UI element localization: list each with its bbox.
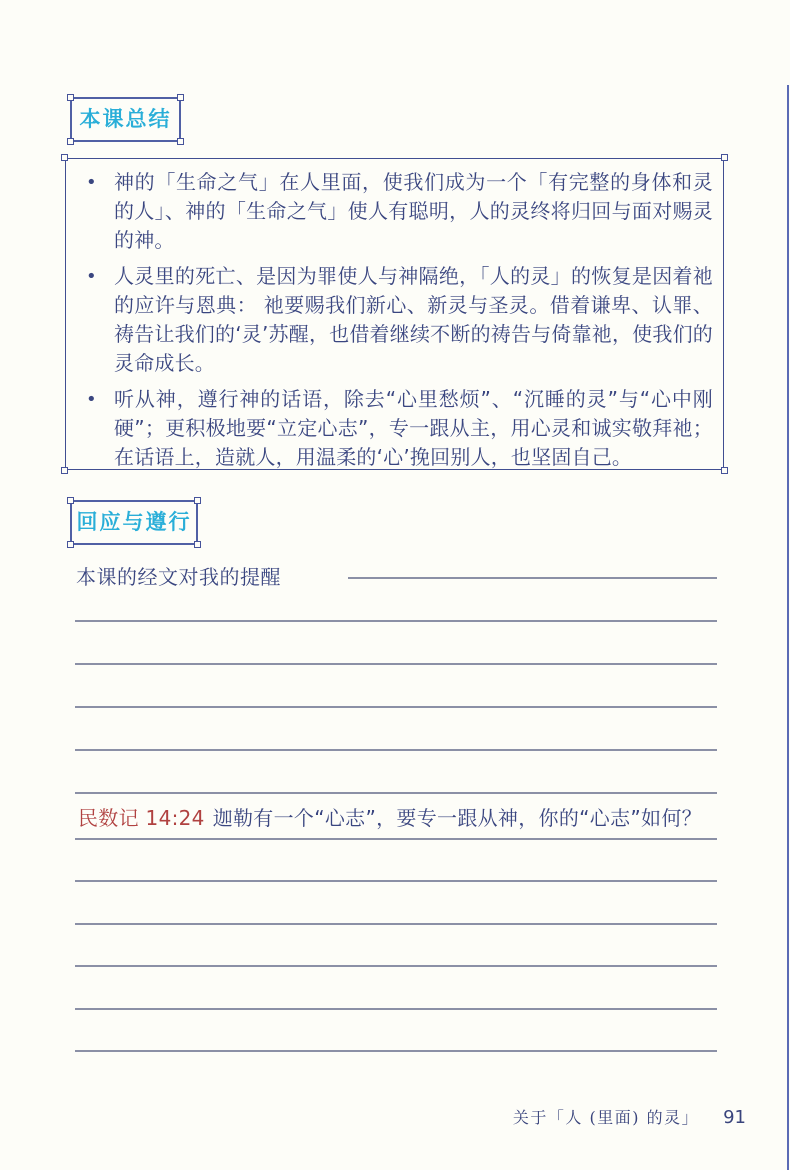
section-badge-summary: 本课总结: [70, 97, 181, 142]
summary-bullet-2: • 人灵里的死亡、是因为罪使人与神隔绝，「人的灵」的恢复是因着祂的应许与恩典： …: [86, 262, 713, 378]
section-badge-response: 回应与遵行: [70, 500, 198, 545]
answer-line: [75, 620, 717, 622]
answer-line: [75, 1008, 717, 1010]
question-text: 迦勒有一个“心志”，要专一跟从神，你的“心志”如何？: [213, 806, 702, 830]
bullet-dot: •: [86, 168, 114, 255]
answer-line: [75, 880, 717, 882]
corner-ornament: [721, 154, 728, 161]
corner-ornament: [194, 497, 201, 504]
corner-ornament: [61, 467, 68, 474]
corner-ornament: [721, 467, 728, 474]
corner-ornament: [177, 94, 184, 101]
page-number: 91: [723, 1107, 746, 1128]
corner-ornament: [67, 541, 74, 548]
page-edge-accent-line: [787, 85, 789, 1170]
scripture-reference: 民数记 14:24: [78, 806, 205, 830]
bullet-dot: •: [86, 262, 114, 378]
summary-bullet-3-text: 听从神，遵行神的话语，除去“心里愁烦”、“沉睡的灵”与“心中刚硬”；更积极地要“…: [114, 385, 713, 472]
footer-chapter-title: 关于「人 (里面) 的灵」: [513, 1105, 699, 1128]
answer-line: [75, 838, 717, 840]
bullet-dot: •: [86, 385, 114, 472]
corner-ornament: [194, 541, 201, 548]
section-badge-response-label: 回应与遵行: [77, 512, 192, 533]
answer-line: [75, 749, 717, 751]
section-badge-summary-label: 本课总结: [80, 109, 172, 130]
corner-ornament: [61, 154, 68, 161]
corner-ornament: [67, 94, 74, 101]
summary-box: • 神的「生命之气」在人里面，使我们成为一个「有完整的身体和灵的人」、神的「生命…: [65, 158, 724, 470]
question-row: 民数记 14:24迦勒有一个“心志”，要专一跟从神，你的“心志”如何？: [78, 802, 702, 831]
answer-line: [75, 1050, 717, 1052]
page-footer: 关于「人 (里面) 的灵」 91: [0, 1105, 746, 1128]
corner-ornament: [177, 138, 184, 145]
answer-line: [75, 923, 717, 925]
summary-bullet-1-text: 神的「生命之气」在人里面，使我们成为一个「有完整的身体和灵的人」、神的「生命之气…: [114, 168, 713, 255]
answer-line: [75, 706, 717, 708]
answer-line: [75, 965, 717, 967]
workbook-page: 本课总结 • 神的「生命之气」在人里面，使我们成为一个「有完整的身体和灵的人」、…: [0, 0, 790, 1170]
summary-bullet-3: • 听从神，遵行神的话语，除去“心里愁烦”、“沉睡的灵”与“心中刚硬”；更积极地…: [86, 385, 713, 472]
prompt-label: 本课的经文对我的提醒: [76, 561, 281, 590]
summary-bullet-1: • 神的「生命之气」在人里面，使我们成为一个「有完整的身体和灵的人」、神的「生命…: [86, 168, 713, 255]
answer-line: [348, 577, 717, 579]
corner-ornament: [67, 138, 74, 145]
answer-line: [75, 663, 717, 665]
answer-line: [75, 792, 717, 794]
corner-ornament: [67, 497, 74, 504]
summary-bullet-2-text: 人灵里的死亡、是因为罪使人与神隔绝，「人的灵」的恢复是因着祂的应许与恩典： 祂要…: [114, 262, 713, 378]
